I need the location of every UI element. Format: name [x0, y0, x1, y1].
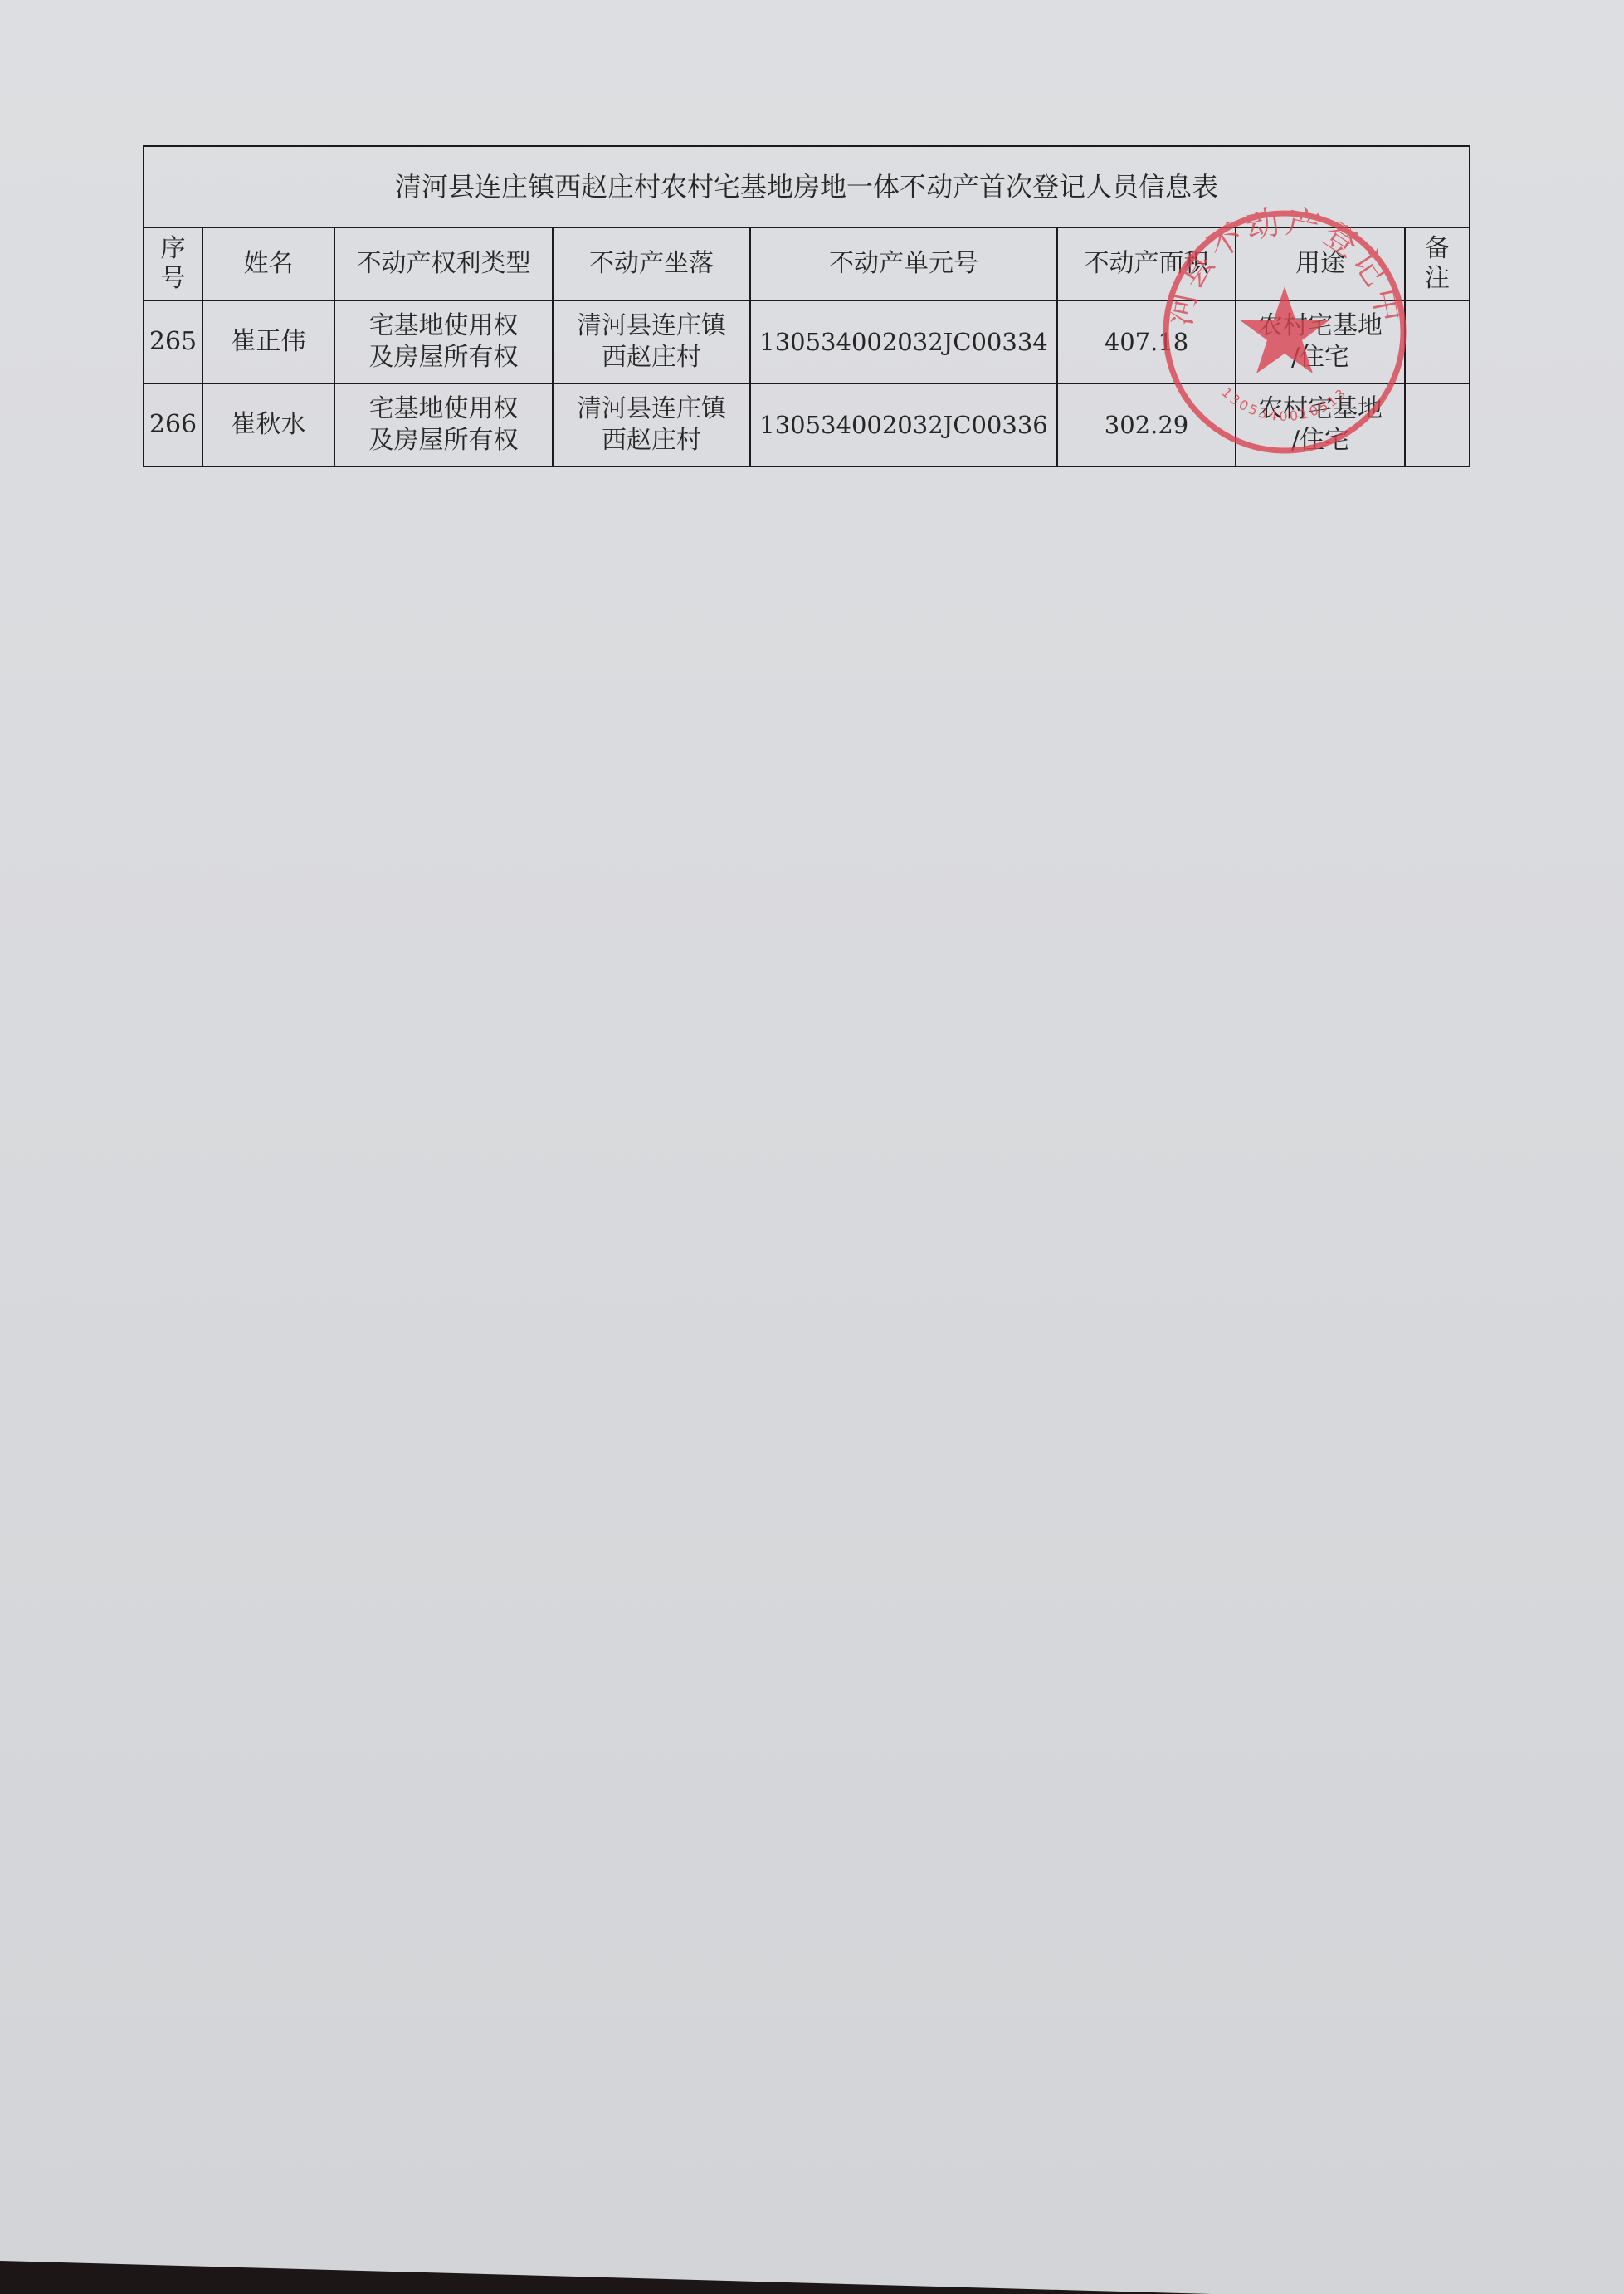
cell-location: 清河县连庄镇 西赵庄村: [553, 383, 750, 466]
table-title: 清河县连庄镇西赵庄村农村宅基地房地一体不动产首次登记人员信息表: [144, 146, 1470, 227]
table-row: 266 崔秋水 宅基地使用权 及房屋所有权 清河县连庄镇 西赵庄村 130534…: [144, 383, 1470, 466]
cell-name: 崔正伟: [202, 300, 334, 383]
header-location: 不动产坐落: [553, 227, 750, 300]
table-row: 265 崔正伟 宅基地使用权 及房屋所有权 清河县连庄镇 西赵庄村 130534…: [144, 300, 1470, 383]
cell-unit-no: 130534002032JC00334: [750, 300, 1057, 383]
registration-info-table: 清河县连庄镇西赵庄村农村宅基地房地一体不动产首次登记人员信息表 序号 姓名 不动…: [143, 145, 1470, 467]
cell-right-type: 宅基地使用权 及房屋所有权: [334, 300, 553, 383]
cell-right-type: 宅基地使用权 及房屋所有权: [334, 383, 553, 466]
page-bottom-edge-shadow: [0, 2261, 1624, 2294]
header-row: 序号 姓名 不动产权利类型 不动产坐落 不动产单元号 不动产面积 用途 备注: [144, 227, 1470, 300]
cell-area: 407.18: [1057, 300, 1236, 383]
header-remark: 备注: [1405, 227, 1470, 300]
cell-seq: 265: [144, 300, 202, 383]
cell-usage: 农村宅基地 /住宅: [1236, 383, 1405, 466]
cell-unit-no: 130534002032JC00336: [750, 383, 1057, 466]
header-right-type: 不动产权利类型: [334, 227, 553, 300]
cell-location: 清河县连庄镇 西赵庄村: [553, 300, 750, 383]
cell-usage: 农村宅基地 /住宅: [1236, 300, 1405, 383]
cell-remark: [1405, 383, 1470, 466]
cell-remark: [1405, 300, 1470, 383]
cell-area: 302.29: [1057, 383, 1236, 466]
header-area: 不动产面积: [1057, 227, 1236, 300]
cell-seq: 266: [144, 383, 202, 466]
header-seq: 序号: [144, 227, 202, 300]
header-name: 姓名: [202, 227, 334, 300]
cell-name: 崔秋水: [202, 383, 334, 466]
header-usage: 用途: [1236, 227, 1405, 300]
header-unit-no: 不动产单元号: [750, 227, 1057, 300]
